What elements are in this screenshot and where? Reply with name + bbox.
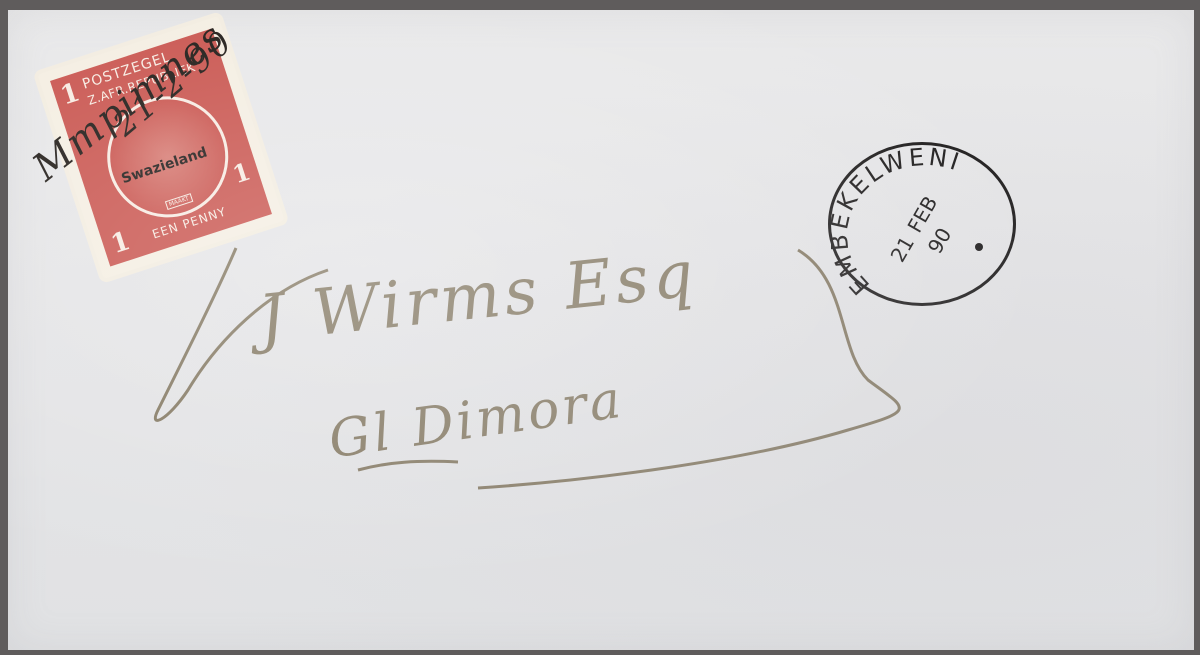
postmark-day: 21 xyxy=(886,232,920,266)
coat-of-arms-icon xyxy=(91,81,243,233)
stamp-design: 1 POSTZEGEL Z.AFR.REPUBLIEK MAAKT 1 EEN … xyxy=(50,29,272,267)
stamp-top-line: POSTZEGEL xyxy=(80,49,172,93)
stamp-motto: MAAKT xyxy=(165,193,193,210)
manuscript-cancel-name: Mmpimnes xyxy=(24,13,232,189)
address-line-2: Gl Dimora xyxy=(325,370,627,471)
postmark-town: EMBEKELWENI xyxy=(831,145,965,300)
address-flourish xyxy=(148,230,968,510)
postmark-month: FEB xyxy=(903,192,943,237)
envelope: 1 POSTZEGEL Z.AFR.REPUBLIEK MAAKT 1 EEN … xyxy=(8,10,1194,650)
stamp-republic-line: Z.AFR.REPUBLIEK xyxy=(86,60,197,108)
postmark-year: 90 xyxy=(923,224,957,258)
scene: 1 POSTZEGEL Z.AFR.REPUBLIEK MAAKT 1 EEN … xyxy=(0,0,1200,655)
stamp-overprint: Swazieland xyxy=(120,144,210,187)
manuscript-cancel-date: 21-2-90 xyxy=(106,22,241,144)
stamp-denomination: EEN PENNY xyxy=(150,204,228,241)
stamp-value-right: 1 xyxy=(229,157,254,190)
stamp-value-bottom-left: 1 xyxy=(107,226,133,260)
stamp-value-top-left: 1 xyxy=(57,77,83,111)
postmark-text-ring: EMBEKELWENI 21 FEB 90 xyxy=(831,145,1013,303)
address-line-1: J Wirms Esq xyxy=(255,237,700,357)
svg-text:EMBEKELWENI: EMBEKELWENI xyxy=(831,145,965,300)
postmark-dot-icon xyxy=(975,243,983,251)
circular-datestamp: EMBEKELWENI 21 FEB 90 xyxy=(828,142,1016,306)
postage-stamp: 1 POSTZEGEL Z.AFR.REPUBLIEK MAAKT 1 EEN … xyxy=(37,16,284,279)
